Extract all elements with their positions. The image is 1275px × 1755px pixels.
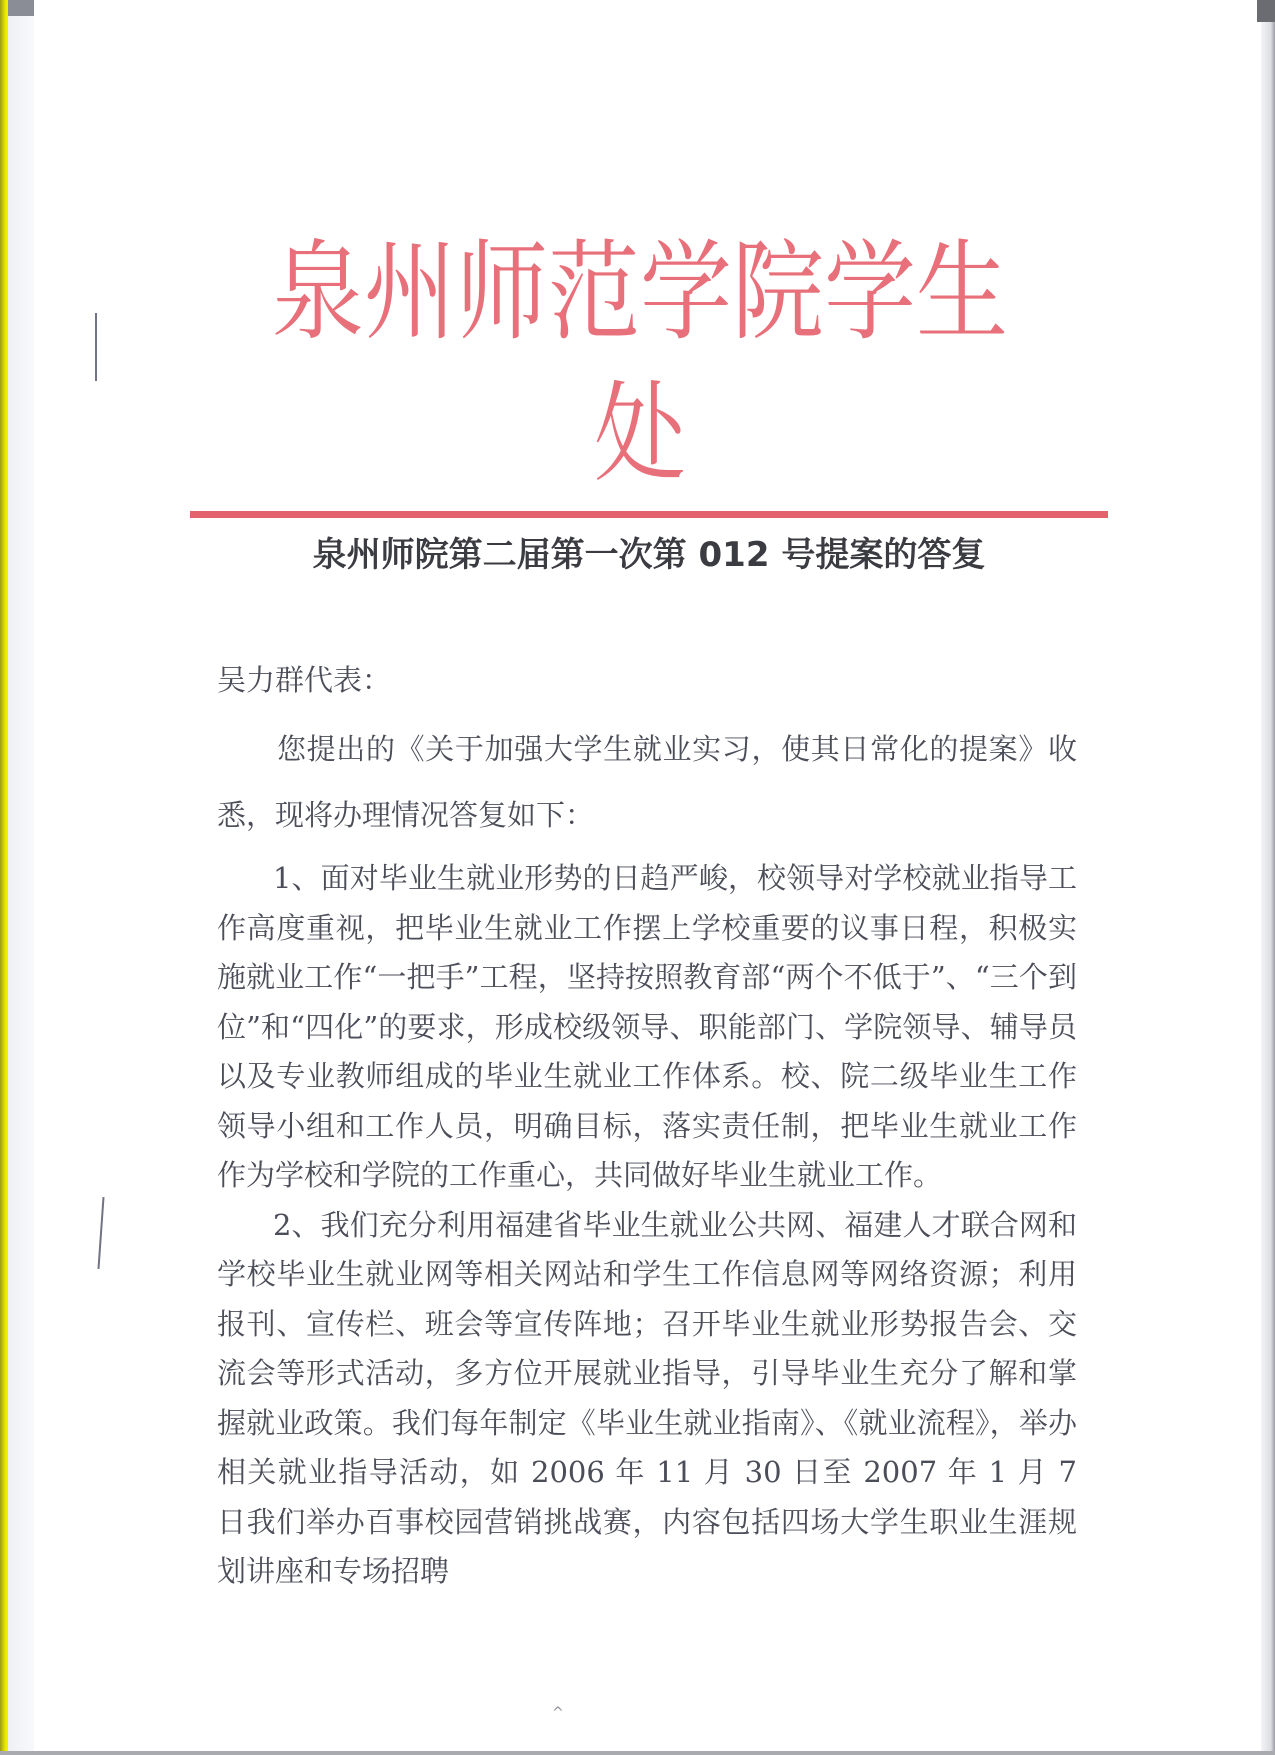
scan-edge-left: [0, 0, 8, 1755]
letterhead-issuer: 泉州师范学院学生处: [260, 222, 1020, 505]
scan-corner-top-left: [8, 0, 34, 16]
salutation: 吴力群代表：: [217, 652, 1077, 712]
body-paragraph-1: 1、面对毕业生就业形势的日趋严峻，校领导对学校就业指导工作高度重视，把毕业生就业…: [217, 854, 1077, 1201]
page-mark: ^: [552, 1705, 564, 1721]
scan-edge-shadow: [8, 0, 34, 1755]
letterhead-red-rule: [190, 511, 1108, 518]
document-title: 泉州师院第二届第一次第 012 号提案的答复: [190, 530, 1108, 580]
document-body: 吴力群代表： 您提出的《关于加强大学生就业实习，使其日常化的提案》收悉，现将办理…: [217, 652, 1077, 1597]
body-paragraph-2: 2、我们充分利用福建省毕业生就业公共网、福建人才联合网和学校毕业生就业网等相关网…: [217, 1201, 1077, 1597]
scan-corner-top-right: [1257, 0, 1275, 22]
scan-edge-bottom: [0, 1751, 1275, 1755]
intro-paragraph: 您提出的《关于加强大学生就业实习，使其日常化的提案》收悉，现将办理情况答复如下：: [217, 716, 1077, 848]
binding-mark-bottom: [97, 1197, 104, 1269]
scan-edge-right: [1261, 0, 1275, 1755]
binding-mark-top: [95, 313, 97, 381]
